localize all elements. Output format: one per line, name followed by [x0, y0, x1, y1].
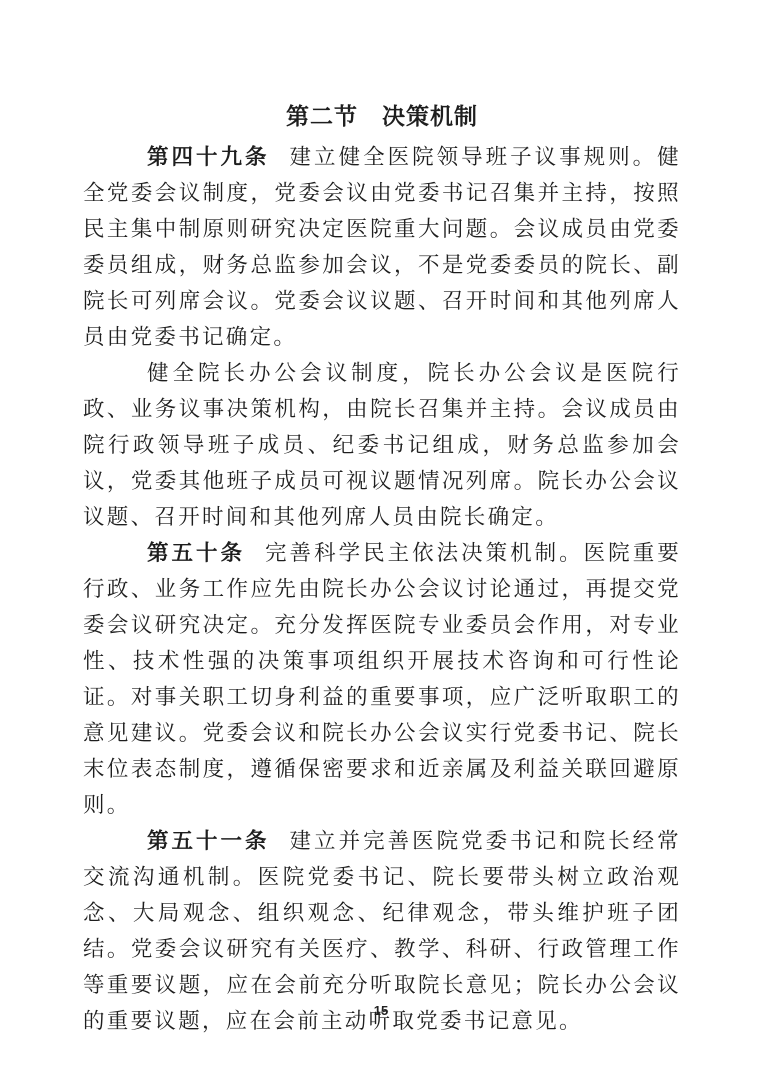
section-title: 第二节 决策机制	[83, 99, 681, 135]
article-number: 第四十九条	[147, 145, 270, 169]
paragraph: 第五十条完善科学民主依法决策机制。医院重要行政、业务工作应先由院长办公会议讨论通…	[83, 535, 681, 823]
paragraph-text: 建立健全医院领导班子议事规则。健全党委会议制度，党委会议由党委书记召集并主持，按…	[83, 145, 681, 349]
paragraph-text: 完善科学民主依法决策机制。医院重要行政、业务工作应先由院长办公会议讨论通过，再提…	[83, 541, 681, 817]
paragraph: 第四十九条建立健全医院领导班子议事规则。健全党委会议制度，党委会议由党委书记召集…	[83, 139, 681, 355]
document-body: 第四十九条建立健全医院领导班子议事规则。健全党委会议制度，党委会议由党委书记召集…	[83, 139, 681, 1039]
article-number: 第五十一条	[147, 829, 270, 853]
paragraph-text: 健全院长办公会议制度，院长办公会议是医院行政、业务议事决策机构，由院长召集并主持…	[83, 361, 681, 529]
paragraph: 健全院长办公会议制度，院长办公会议是医院行政、业务议事决策机构，由院长召集并主持…	[83, 355, 681, 535]
document-content: 第二节 决策机制 第四十九条建立健全医院领导班子议事规则。健全党委会议制度，党委…	[83, 99, 681, 1039]
document-page: 第二节 决策机制 第四十九条建立健全医院领导班子议事规则。健全党委会议制度，党委…	[0, 0, 762, 1080]
article-number: 第五十条	[147, 541, 245, 565]
page-number: 15	[0, 1003, 762, 1018]
